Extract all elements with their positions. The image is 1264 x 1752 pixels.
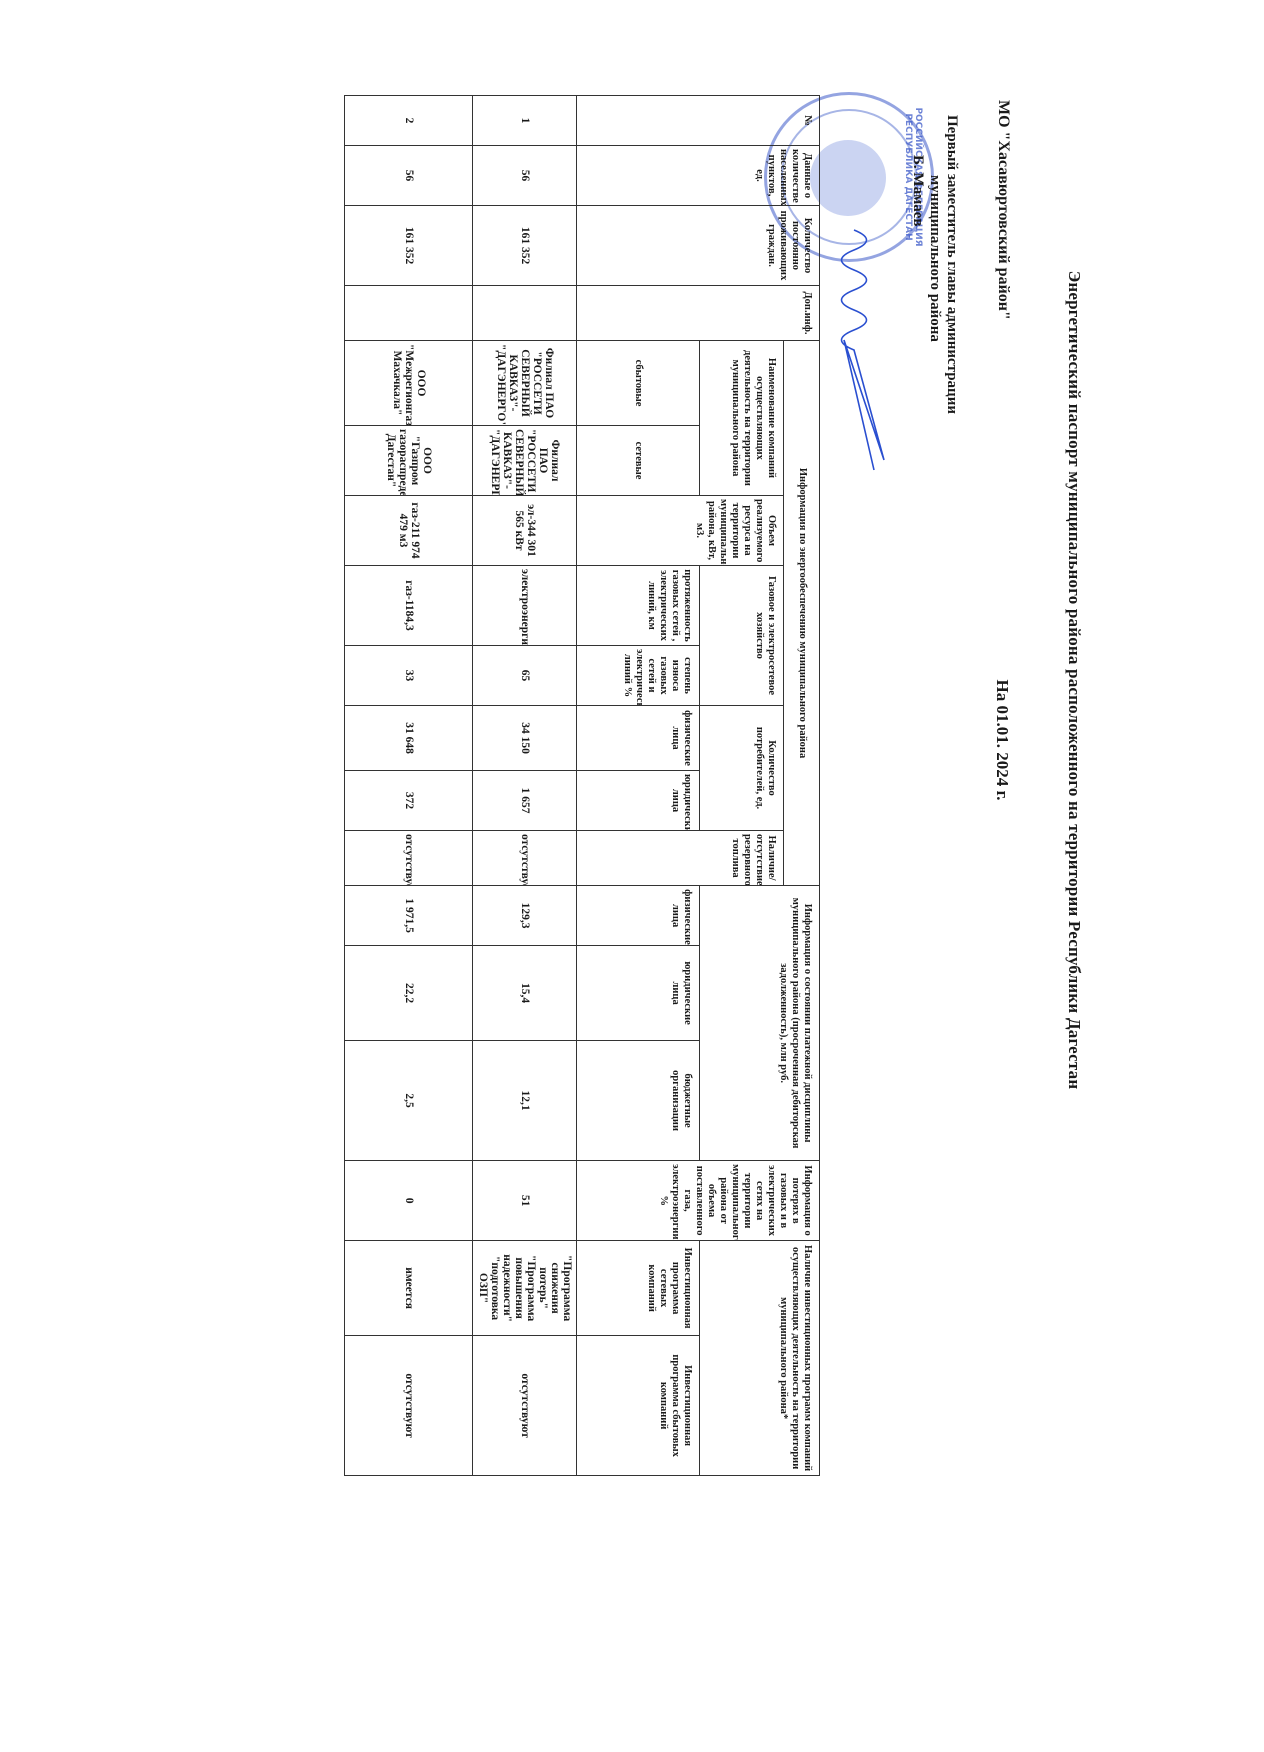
header-invest-network: Инвестиционная программа сетевых компани…: [576, 1241, 699, 1336]
cell-debt-legal: 22,2: [345, 946, 473, 1041]
header-consumers-individuals: физические лица: [576, 706, 699, 771]
header-reserve-fuel: Наличие/отсутствие резервного топлива: [576, 831, 783, 886]
cell-invest-network: "Программа снижения потерь" "Программа п…: [473, 1241, 577, 1336]
signatory-block: Первый заместитель главы администрации м…: [909, 115, 960, 414]
cell-company-sales: ООО "Межрегионгаз Махачкала": [345, 341, 473, 426]
header-debt-legal: юридические лица: [576, 946, 699, 1041]
header-companies-sales: сбытовые: [576, 341, 699, 426]
header-debt-group: Информация о состоянии платежной дисципл…: [699, 886, 819, 1161]
document-date: На 01.01. 2024 г.: [992, 660, 1012, 820]
cell-extra: [473, 286, 577, 341]
document-title: Энергетический паспорт муниципального ра…: [1064, 80, 1084, 1280]
header-invest-sales: Инвестиционная программа сбытовых компан…: [576, 1336, 699, 1476]
cell-losses: 51: [473, 1161, 577, 1241]
header-residents: Количество постоянно проживающих граждан…: [576, 206, 819, 286]
header-consumers-legal: юридические лица: [576, 771, 699, 831]
cell-invest-sales: отсутствуют: [473, 1336, 577, 1476]
cell-network-length: газ-1184,3: [345, 566, 473, 646]
header-no: №: [576, 96, 819, 146]
municipality-name: МО "Хасавюртовский район": [994, 100, 1012, 320]
cell-debt-legal: 15,4: [473, 946, 577, 1041]
cell-residents: 161 352: [345, 206, 473, 286]
cell-volume: газ-211 974 479 м3: [345, 496, 473, 566]
cell-wear: 65: [473, 646, 577, 706]
header-network-length: протяженность газовых сетей , электричес…: [576, 566, 699, 646]
header-debt-budget: бюджетные организации: [576, 1041, 699, 1161]
cell-reserve-fuel: отсутствует: [345, 831, 473, 886]
cell-settlements: 56: [345, 146, 473, 206]
cell-debt-individuals: 1 971,5: [345, 886, 473, 946]
header-settlements: Данные о количестве населенных пунктов, …: [576, 146, 819, 206]
signatory-position: Первый заместитель главы администрации: [943, 115, 960, 414]
handwritten-signature-icon: [814, 220, 904, 480]
header-debt-individuals: физические лица: [576, 886, 699, 946]
cell-residents: 161 352: [473, 206, 577, 286]
table-row: 2 56 161 352 ООО "Межрегионгаз Махачкала…: [345, 96, 473, 1476]
header-energy-group: Информация по энергообеспечению муниципа…: [784, 341, 820, 886]
cell-consumers-individuals: 31 648: [345, 706, 473, 771]
header-losses: Информация о потерях в газовых и в элект…: [576, 1161, 819, 1241]
row-no: 1: [473, 96, 577, 146]
cell-invest-network: имеется: [345, 1241, 473, 1336]
header-companies-group: Наименование компаний осуществляющих дея…: [699, 341, 783, 496]
header-extra: Доп.инф.: [576, 286, 819, 341]
cell-losses: 0: [345, 1161, 473, 1241]
cell-reserve-fuel: отсутствует: [473, 831, 577, 886]
cell-debt-budget: 12,1: [473, 1041, 577, 1161]
cell-consumers-legal: 1 657: [473, 771, 577, 831]
header-consumers-group: Количество потребителей, ед.: [699, 706, 783, 831]
document-page: Энергетический паспорт муниципального ра…: [0, 0, 1264, 1752]
header-invest-group: Наличие инвестиционных программ компаний…: [699, 1241, 819, 1476]
signatory-position-line2: муниципального района: [926, 175, 943, 414]
cell-volume: эл-344 301 565 кВт: [473, 496, 577, 566]
header-volume: Объем реализуемого ресурса на территории…: [576, 496, 783, 566]
header-gas-electric-group: Газовое и электросетевое хозяйство: [699, 566, 783, 706]
cell-extra: [345, 286, 473, 341]
header-companies-network: сетевые: [576, 426, 699, 496]
cell-debt-budget: 2,5: [345, 1041, 473, 1161]
signatory-name: Б. Мамаев: [909, 155, 926, 414]
cell-debt-individuals: 129,3: [473, 886, 577, 946]
header-wear: степень износа газовых сетей и электриче…: [576, 646, 699, 706]
energy-passport-table: № Данные о количестве населенных пунктов…: [344, 95, 820, 1476]
cell-invest-sales: отсутствуют: [345, 1336, 473, 1476]
cell-consumers-individuals: 34 150: [473, 706, 577, 771]
cell-settlements: 56: [473, 146, 577, 206]
cell-company-sales: Филиал ПАО "РОССЕТИ СЕВЕРНЫЙ КАВКАЗ"- "Д…: [473, 341, 577, 426]
cell-network-length: электроэнергия-1737,0: [473, 566, 577, 646]
table-row: 1 56 161 352 Филиал ПАО "РОССЕТИ СЕВЕРНЫ…: [473, 96, 577, 1476]
cell-wear: 33: [345, 646, 473, 706]
cell-company-network: Филиал ПАО "РОССЕТИ СЕВЕРНЫЙ КАВКАЗ"- "Д…: [473, 426, 577, 496]
cell-company-network: ООО "Газпром газораспределение Дагестан": [345, 426, 473, 496]
cell-consumers-legal: 372: [345, 771, 473, 831]
row-no: 2: [345, 96, 473, 146]
